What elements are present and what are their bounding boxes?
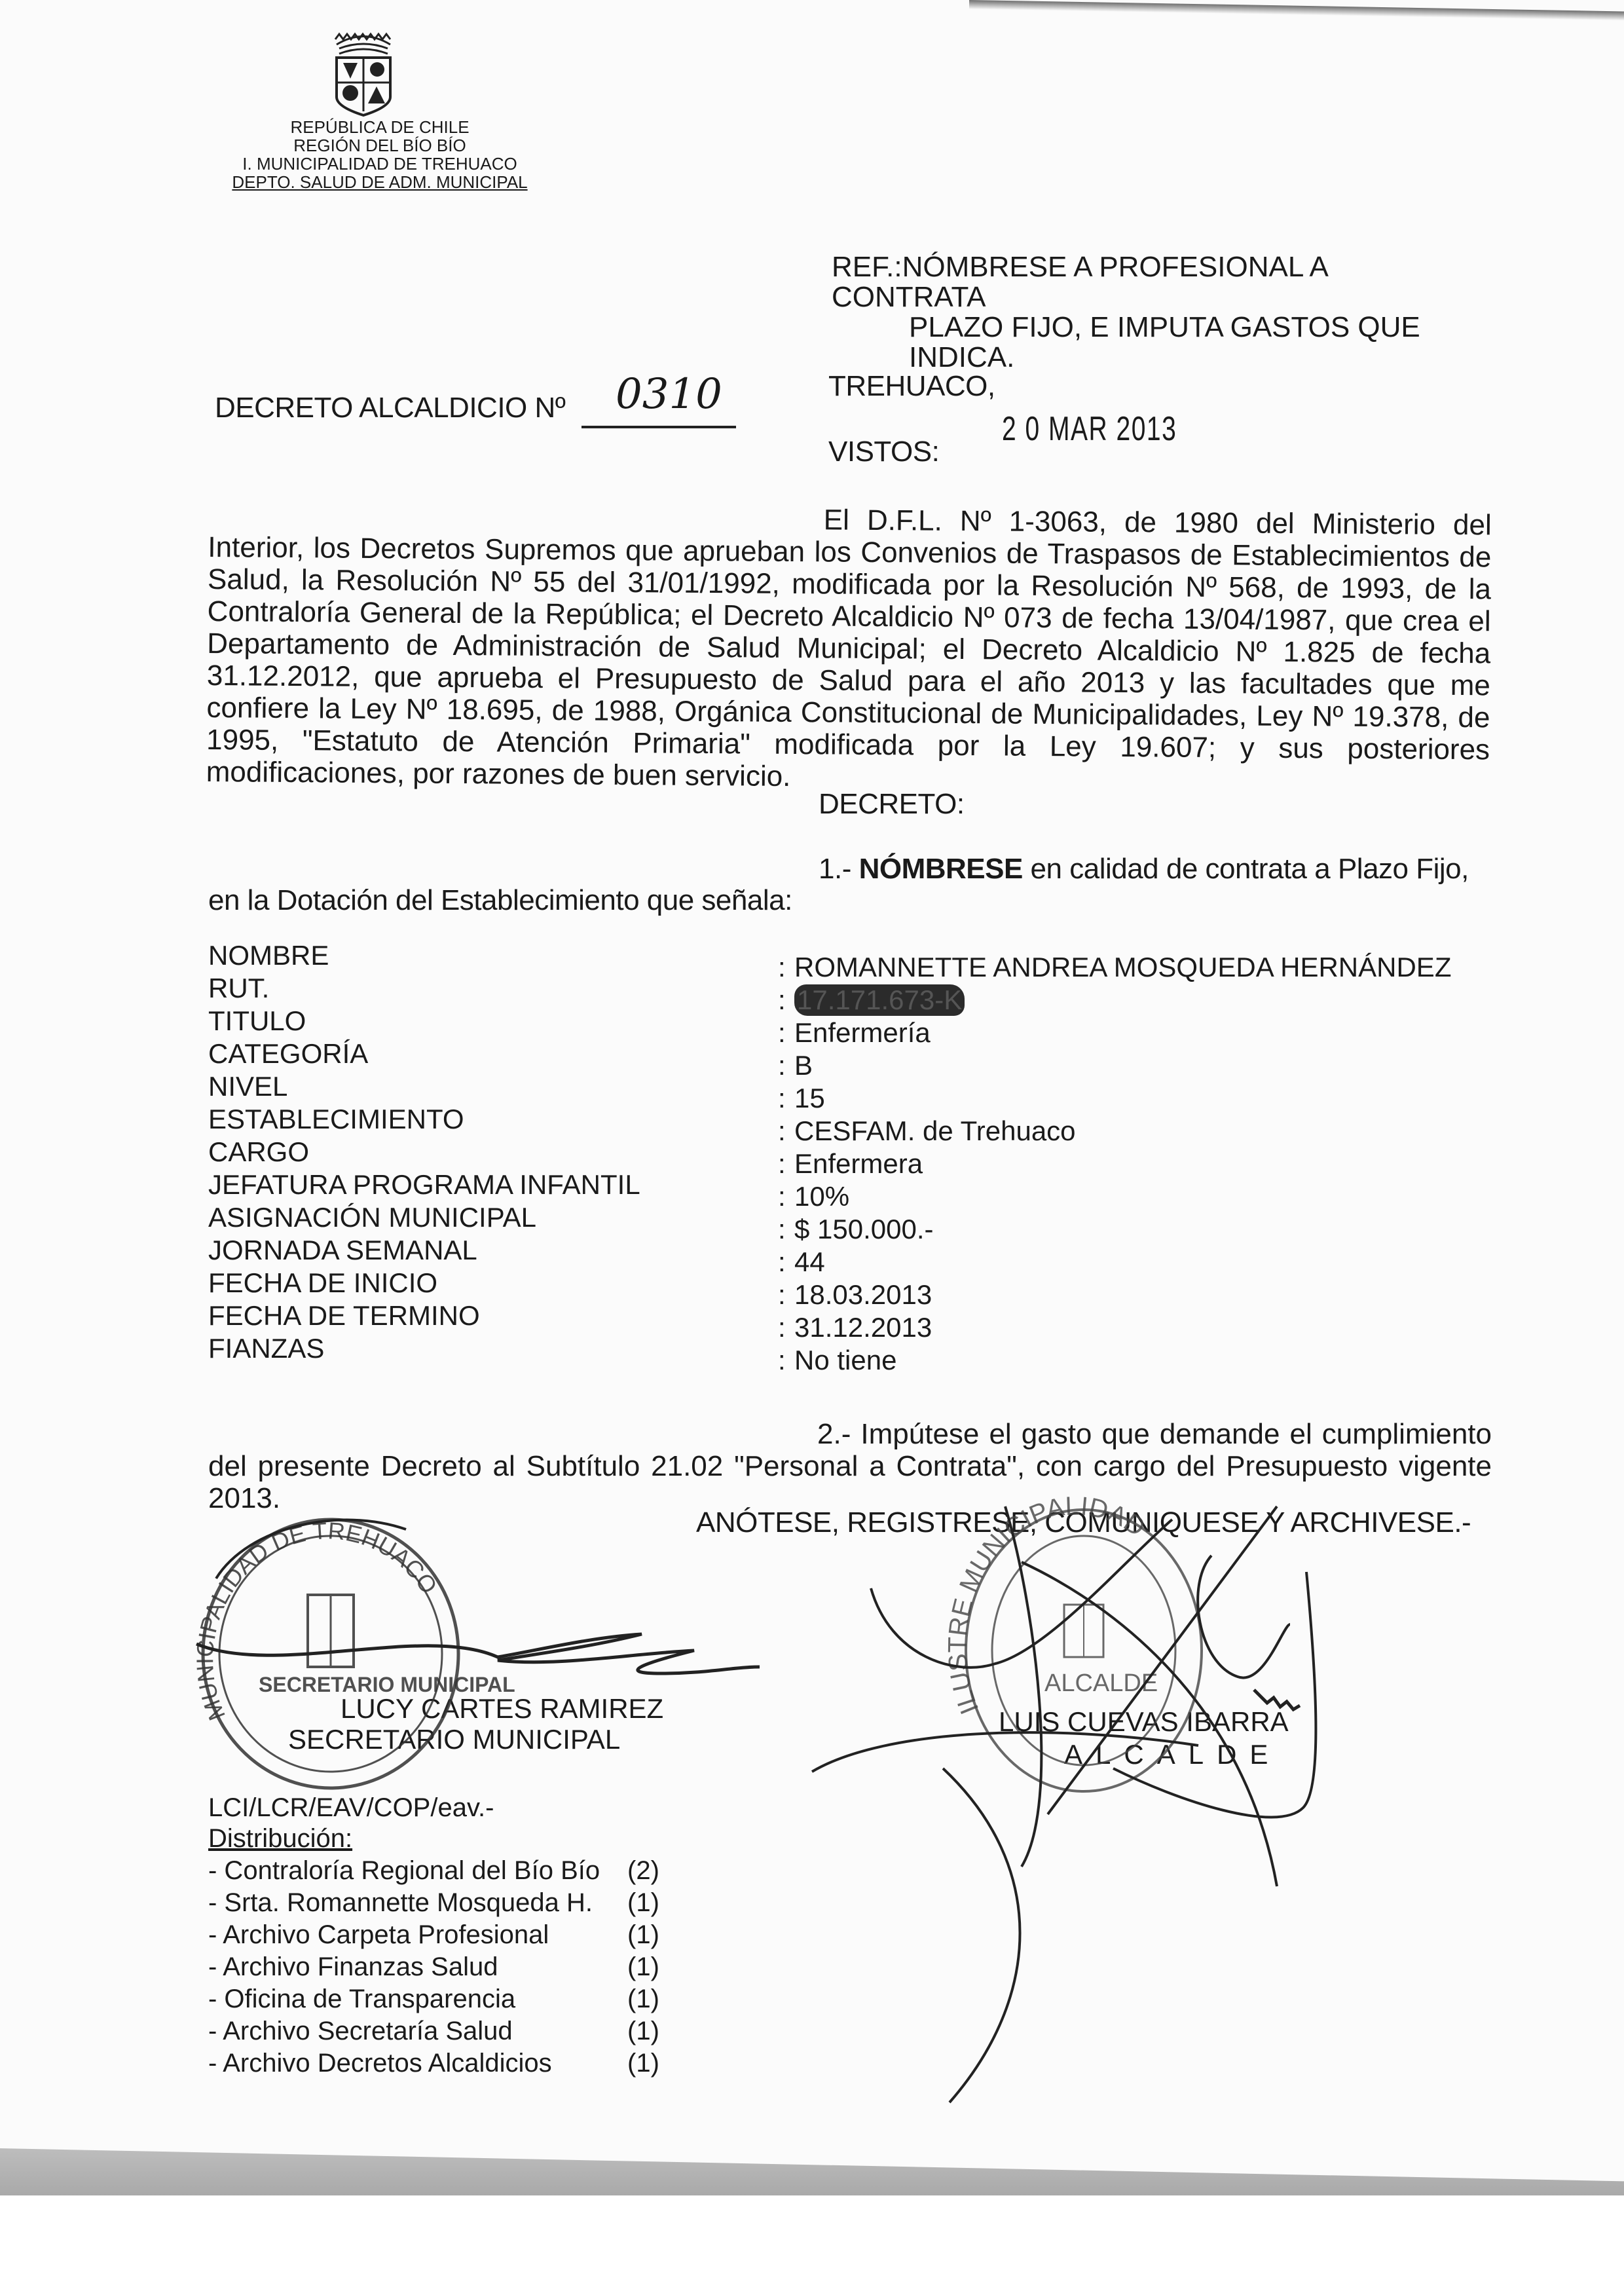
decree-number-label: DECRETO ALCALDICIO Nº: [215, 392, 565, 424]
letterhead-line: REGIÓN DEL BÍO BÍO: [216, 136, 544, 155]
decree-number: 0310: [616, 370, 722, 419]
field-row: NIVEL:15: [208, 1071, 1518, 1104]
field-row: FECHA DE TERMINO:31.12.2013: [208, 1300, 1518, 1333]
secretary-title: SECRETARIO MUNICIPAL: [288, 1724, 620, 1755]
decreto-heading: DECRETO:: [819, 788, 965, 821]
field-row: CARGO:Enfermera: [208, 1136, 1518, 1169]
reference-block: REF.:NÓMBRESE A PROFESIONAL A CONTRATA P…: [832, 252, 1486, 373]
field-label: JORNADA SEMANAL: [208, 1235, 477, 1266]
vistos-paragraph: El D.F.L. Nº 1-3063, de 1980 del Ministe…: [206, 499, 1492, 798]
distribution-copies: (1): [627, 1985, 659, 2014]
field-label: FECHA DE INICIO: [208, 1267, 437, 1299]
field-row: CATEGORÍA:B: [208, 1038, 1518, 1071]
distribution-list: - Contraloría Regional del Bío Bío(2)- S…: [208, 1856, 693, 2081]
reference-initials: LCI/LCR/EAV/COP/eav.-: [208, 1793, 494, 1823]
distribution-item: - Archivo Carpeta Profesional(1): [208, 1920, 693, 1952]
distribution-copies: (1): [627, 2017, 659, 2046]
distribution-recipient: - Archivo Secretaría Salud: [208, 2017, 513, 2046]
letterhead: REPÚBLICA DE CHILE REGIÓN DEL BÍO BÍO I.…: [216, 118, 544, 191]
field-label: CATEGORÍA: [208, 1038, 368, 1070]
distribution-recipient: - Archivo Decretos Alcaldicios: [208, 2049, 552, 2078]
field-colon: :: [778, 1345, 786, 1376]
distribution-title: Distribución:: [208, 1824, 352, 1854]
field-row: ESTABLECIMIENTO:CESFAM. de Trehuaco: [208, 1104, 1518, 1136]
distribution-copies: (1): [627, 1920, 659, 1950]
letterhead-department: DEPTO. SALUD DE ADM. MUNICIPAL: [216, 173, 544, 191]
secretary-name: LUCY CARTES RAMIREZ: [341, 1693, 663, 1725]
field-label: ASIGNACIÓN MUNICIPAL: [208, 1202, 536, 1233]
distribution-recipient: - Contraloría Regional del Bío Bío: [208, 1856, 600, 1886]
article-1: 1.- NÓMBRESE en calidad de contrata a Pl…: [819, 853, 1469, 886]
field-row: FECHA DE INICIO:18.03.2013: [208, 1267, 1518, 1300]
field-row: RUT.:17.171.673-K: [208, 973, 1518, 1005]
article-2-text: 2.- Impútese el gasto que demande el cum…: [208, 1418, 1492, 1514]
reference-line: INDICA.: [832, 343, 1486, 373]
decree-number-underline: [581, 426, 736, 428]
svg-text:ALCALDE: ALCALDE: [1044, 1670, 1158, 1697]
distribution-recipient: - Oficina de Transparencia: [208, 1985, 515, 2014]
reference-line: PLAZO FIJO, E IMPUTA GASTOS QUE: [832, 312, 1486, 343]
field-label: TITULO: [208, 1005, 306, 1037]
field-label: FECHA DE TERMINO: [208, 1300, 480, 1332]
distribution-recipient: - Srta. Romannette Mosqueda H.: [208, 1888, 593, 1918]
field-label: FIANZAS: [208, 1333, 324, 1364]
distribution-copies: (1): [627, 1888, 659, 1918]
mayor-title: ALCALDE: [1064, 1739, 1281, 1770]
field-row: FIANZAS:No tiene: [208, 1333, 1518, 1366]
distribution-copies: (1): [627, 2049, 659, 2078]
distribution-copies: (1): [627, 1952, 659, 1982]
field-label: JEFATURA PROGRAMA INFANTIL: [208, 1169, 640, 1201]
coat-of-arms-icon: [327, 25, 399, 117]
field-label: ESTABLECIMIENTO: [208, 1104, 464, 1135]
article-1-text: en calidad de contrata a Plazo Fijo,: [1023, 853, 1469, 885]
field-label: NOMBRE: [208, 940, 329, 971]
field-row: JEFATURA PROGRAMA INFANTIL:10%: [208, 1169, 1518, 1202]
field-row: NOMBRE:ROMANNETTE ANDREA MOSQUEDA HERNÁN…: [208, 940, 1518, 973]
distribution-copies: (2): [627, 1856, 659, 1886]
field-label: RUT.: [208, 973, 269, 1004]
article-1-verb: NÓMBRESE: [859, 853, 1023, 885]
letterhead-line: REPÚBLICA DE CHILE: [216, 118, 544, 136]
distribution-item: - Archivo Decretos Alcaldicios(1): [208, 2049, 693, 2081]
mayor-name: LUIS CUEVAS IBARRA: [999, 1706, 1289, 1738]
field-row: ASIGNACIÓN MUNICIPAL:$ 150.000.-: [208, 1202, 1518, 1235]
scan-edge-shadow: [969, 0, 1624, 20]
field-value: No tiene: [794, 1345, 896, 1376]
reference-line: REF.:NÓMBRESE A PROFESIONAL A CONTRATA: [832, 252, 1486, 312]
letterhead-line: I. MUNICIPALIDAD DE TREHUACO: [216, 155, 544, 173]
distribution-item: - Srta. Romannette Mosqueda H.(1): [208, 1888, 693, 1920]
place-label: TREHUACO,: [828, 370, 995, 403]
appointment-fields: NOMBRE:ROMANNETTE ANDREA MOSQUEDA HERNÁN…: [208, 940, 1518, 1366]
distribution-recipient: - Archivo Carpeta Profesional: [208, 1920, 549, 1950]
distribution-item: - Oficina de Transparencia(1): [208, 1985, 693, 2017]
distribution-item: - Archivo Finanzas Salud(1): [208, 1952, 693, 1985]
vistos-heading: VISTOS:: [828, 436, 939, 468]
article-1-number: 1.-: [819, 853, 859, 885]
field-label: NIVEL: [208, 1071, 287, 1102]
article-1-continuation: en la Dotación del Establecimiento que s…: [208, 884, 792, 917]
scan-edge-shadow: [0, 2148, 1624, 2195]
distribution-item: - Contraloría Regional del Bío Bío(2): [208, 1856, 693, 1888]
distribution-item: - Archivo Secretaría Salud(1): [208, 2017, 693, 2049]
date-stamp: 2 0 MAR 2013: [1002, 409, 1177, 449]
field-label: CARGO: [208, 1136, 309, 1168]
article-2: 2.- Impútese el gasto que demande el cum…: [208, 1418, 1492, 1514]
field-row: TITULO:Enfermería: [208, 1005, 1518, 1038]
scanned-page: REPÚBLICA DE CHILE REGIÓN DEL BÍO BÍO I.…: [0, 0, 1624, 2194]
closing-formula: ANÓTESE, REGISTRESE, COMUNIQUESE Y ARCHI…: [696, 1506, 1471, 1539]
field-row: JORNADA SEMANAL:44: [208, 1235, 1518, 1267]
distribution-recipient: - Archivo Finanzas Salud: [208, 1952, 498, 1982]
